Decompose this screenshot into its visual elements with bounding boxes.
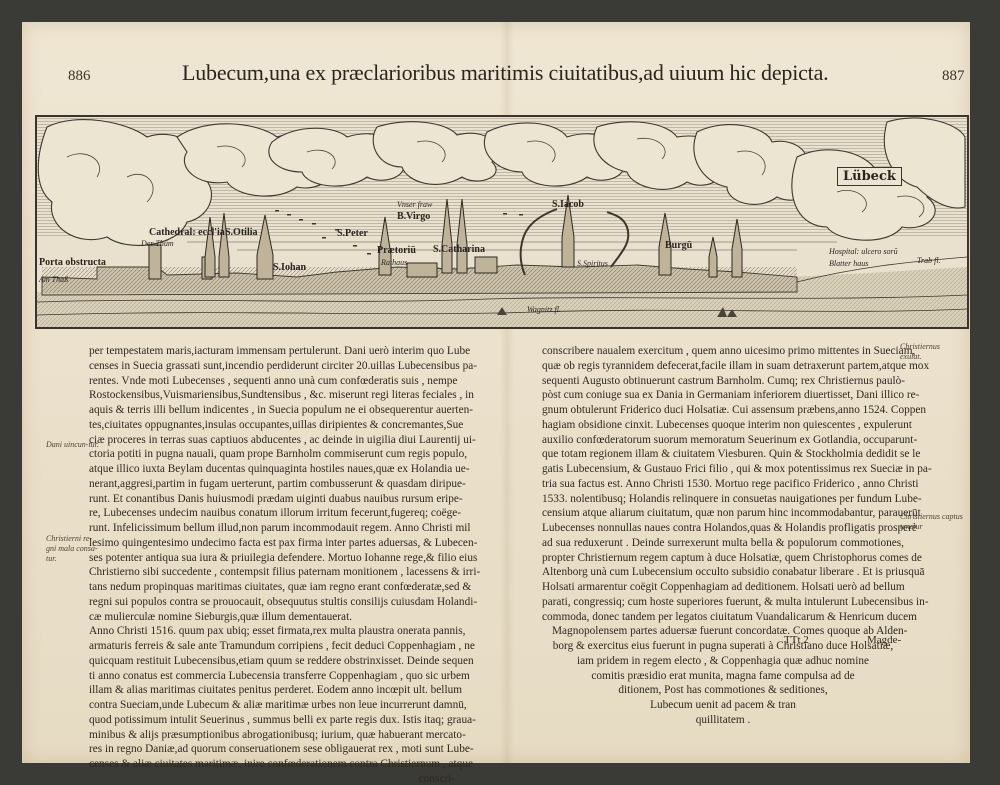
text-line: re, Lubecenses undecim nauibus conatum i… (89, 506, 455, 521)
page-title: Lubecum,una ex præclarioribus maritimis … (182, 60, 882, 86)
text-line: quæ ob regis tyrannidem defecerat,facile… (542, 359, 904, 374)
text-line: illam & alias maritimas ciuitates penitu… (89, 683, 455, 698)
right-text-column: conscribere naualem exercitum , quem ann… (542, 344, 904, 728)
text-line: propter Christiernum regem captum à duce… (542, 551, 904, 566)
text-line: que totam regionem illam & ciuitatem Vie… (542, 447, 904, 462)
label-s-spiritus: S.Spiritus (577, 259, 608, 268)
left-page-number: 886 (68, 68, 91, 85)
label-vnser-fraw: Vnser fraw (397, 200, 432, 209)
label-rathaus: Rathaus (381, 258, 407, 267)
text-line: contra Sueciam,unde Lubecum & aliæ marit… (89, 698, 455, 713)
text-line: ses potenter antiqua sua iura & priuileg… (89, 551, 455, 566)
book-spread: 886 887 Lubecum,una ex præclarioribus ma… (22, 22, 970, 763)
text-line: hagiam obsidione cinxit. Lubecenses quoq… (542, 418, 904, 433)
label-am-thass: Am Thaß (39, 275, 68, 284)
text-line: Lubecenses nonnullas naues contra Holand… (542, 521, 904, 536)
text-line: auxilio confœderatorum suorum memoratum … (542, 433, 904, 448)
label-blatter-haus: Blatter haus (829, 259, 868, 268)
label-s-catharina: S.Catharina (433, 244, 485, 255)
label-porta-obstructa: Porta obstructa (39, 257, 106, 268)
text-line: ditionem, Post has commotiones & seditio… (542, 683, 904, 698)
label-b-virgo: B.Virgo (397, 211, 430, 222)
label-burgum: Burgū (665, 240, 692, 251)
text-line: gatis Lubecensium, & Gustauo Frici filio… (542, 462, 904, 477)
text-line: tria sua factus est. Anno Christi 1530. … (542, 477, 904, 492)
text-line: ad sua reduxerunt . Deinde surrexerunt m… (542, 536, 904, 551)
text-line: runt. Et conantibus Danis huiusmodi præd… (89, 492, 455, 507)
text-line: atque illico iuxta Beylam ducentas quinq… (89, 462, 455, 477)
label-hospital: Hospital: ulcero sorū (829, 247, 898, 256)
text-line: nerant,aggresi,partim in fugam uerterunt… (89, 477, 455, 492)
text-line: Rostockensibus,Vuismariensibus,Sundtensi… (89, 388, 455, 403)
text-line: armaturis ferreis & sale ante Tramundum … (89, 639, 455, 654)
text-line: pòst cum coniuge sua ex Dania in Germani… (542, 388, 904, 403)
catchword-left: conscri- (89, 772, 455, 785)
text-line: Altenborg unà cum Lubecensium occulto su… (542, 565, 904, 580)
text-line: cæ mulierculæ nomine Sieburgis,quæ illum… (89, 610, 455, 625)
text-line: ciæ proceres in terras suas captiuos abd… (89, 433, 455, 448)
label-s-otilia: S.Otilia (225, 227, 258, 238)
text-line: ti anno conatus est commercia Lubecensia… (89, 669, 455, 684)
label-trab-fl: Trab fl. (917, 256, 941, 265)
label-s-peter: S.Peter (337, 228, 368, 239)
text-line: censes & aliæ ciuitates maritimæ, inire … (89, 757, 455, 772)
text-line: quicquam restituit Lubecensibus,etiam qu… (89, 654, 455, 669)
text-line: tans nedum propinquas maritimas ciuitate… (89, 580, 455, 595)
text-line: regni sui populos contra se prouocauit, … (89, 595, 455, 610)
text-line: Magnopolensem partes aduersæ fuerunt con… (542, 624, 904, 639)
city-skyline-illustration (37, 117, 967, 327)
text-line: tes,ciuitates oppugnantes,insulas occupa… (89, 418, 455, 433)
text-line: runt. Infelicissimum bellum illud,non pa… (89, 521, 455, 536)
text-line: aquis & terris illi bellum indicentes , … (89, 403, 455, 418)
text-line: conscribere naualem exercitum , quem ann… (542, 344, 904, 359)
label-der-thum: Der Thüm (141, 239, 174, 248)
margin-note-christiernus-captus: Christiernus captus tenetur (900, 512, 964, 532)
text-line: res in regno Daniæ,ad quorum conseruatio… (89, 742, 455, 757)
label-praetorium: Prætoriū (377, 245, 416, 256)
text-line: per tempestatem maris,iacturam immensam … (89, 344, 455, 359)
left-text-column: per tempestatem maris,iacturam immensam … (89, 344, 455, 785)
text-line: Anno Christi 1516. quum pax ubiq; esset … (89, 624, 455, 639)
catchword-right: Magde- (867, 634, 901, 646)
label-s-iacob: S.Iacob (552, 199, 584, 210)
text-line: lesimo quingentesimo undecimo facta est … (89, 536, 455, 551)
text-line: rentes. Vnde moti Lubecenses , sequenti … (89, 374, 455, 389)
text-line: borg & exercitus eius fuerunt in pugna s… (542, 639, 904, 654)
lubeck-woodcut-engraving: Porta obstructa Am Thaß Cathedral: eccl'… (35, 115, 969, 329)
margin-note-christiernus-exulat: Christiernus exulat. (900, 342, 960, 362)
margin-note-dani: Dani uincun-tur. (46, 440, 102, 450)
text-line: Lubecum uenit ad pacem & tran (542, 698, 904, 713)
text-line: comitis præsidio erat munita, magna fame… (542, 669, 904, 684)
text-line: Holsati armarentur coëgit Coppenhagiam a… (542, 580, 904, 595)
text-line: iam pridem in regem electo , & Coppenhag… (542, 654, 904, 669)
text-line: gnum obtulerunt Friderico duci Holsatiæ.… (542, 403, 904, 418)
text-line: Christierno sibi succedente , contempsit… (89, 565, 455, 580)
text-line: sequenti Augusto obtinuerunt castrum Bar… (542, 374, 904, 389)
lubeck-cartouche: Lübeck (837, 167, 902, 186)
right-page-number: 887 (942, 68, 965, 85)
margin-note-christierni: Christierni re-gni mala consa-tur. (46, 534, 102, 564)
text-line: ctoria potiti in pugna nauali, quam prop… (89, 447, 455, 462)
text-line: parati, congressiq; cum hoste superiores… (542, 595, 904, 610)
text-line: commoda, donec tandem per legatos ciuita… (542, 610, 904, 625)
label-wagnitz-fl: Wagnitz fl. (527, 305, 561, 314)
text-line: minibus & alijs præsumptionibus abrogati… (89, 728, 455, 743)
text-line: 1533. nolentibusq; Holandis relinquere i… (542, 492, 904, 507)
text-line: quillitatem . (542, 713, 904, 728)
label-s-iohan: S.Iohan (273, 262, 306, 273)
signature-mark: TTt 2 (784, 634, 809, 646)
text-line: quod potissimum intulit Seuerinus , summ… (89, 713, 455, 728)
label-cathedral: Cathedral: eccl'ia (149, 227, 225, 238)
text-line: censium atque aliarum ciuitatum, quæ non… (542, 506, 904, 521)
text-line: censes in Suecia grassati sunt,incendio … (89, 359, 455, 374)
